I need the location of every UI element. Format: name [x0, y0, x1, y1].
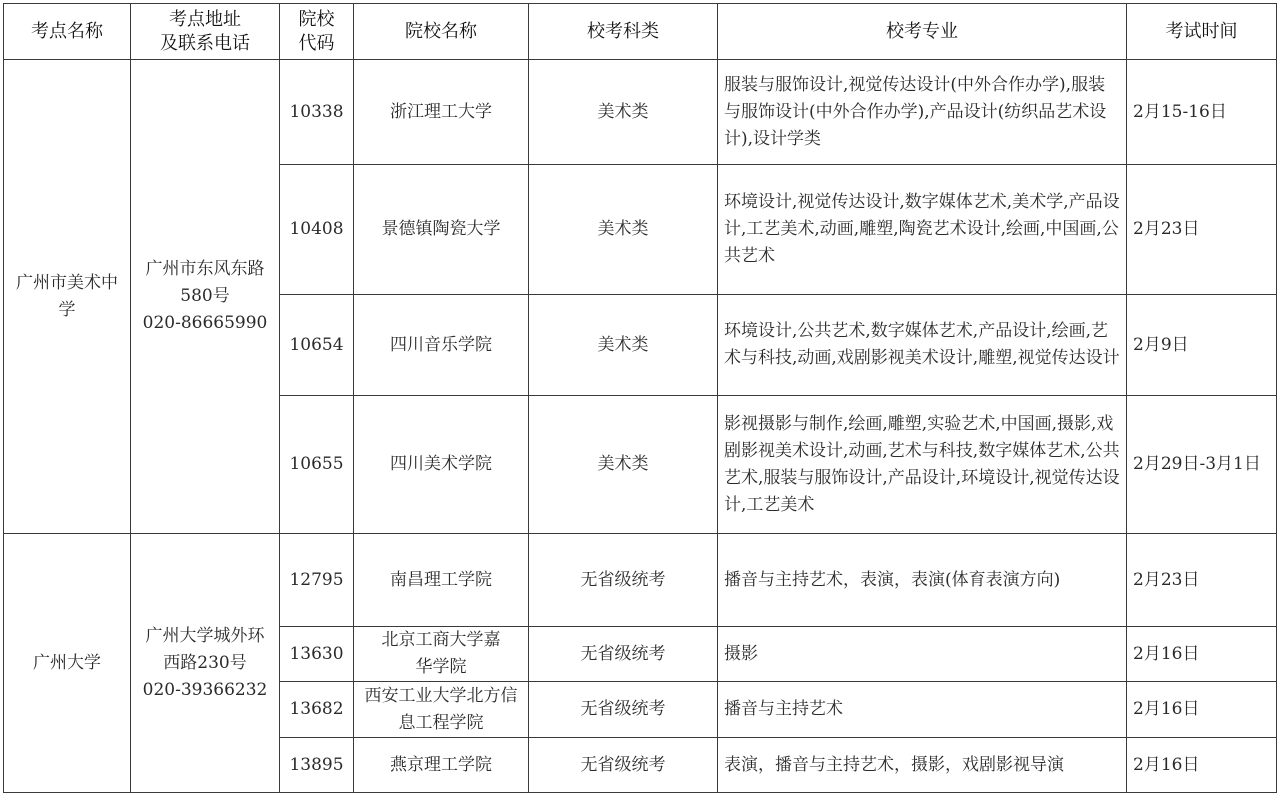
school-name: 南昌理工学院: [354, 534, 529, 627]
venue-address: 广州市东风东路580号: [141, 256, 269, 310]
school-code: 12795: [280, 534, 354, 627]
header-exam-category: 校考科类: [529, 4, 718, 60]
school-code: 13682: [280, 682, 354, 738]
exam-majors: 播音与主持艺术，表演，表演(体育表演方向): [718, 534, 1127, 627]
header-row: 考点名称 考点地址 及联系电话 院校 代码 院校名称 校考科类 校考专业 考试时…: [4, 4, 1277, 60]
exam-category: 美术类: [529, 396, 718, 534]
exam-majors: 环境设计,公共艺术,数字媒体艺术,产品设计,绘画,艺术与科技,动画,戏剧影视美术…: [718, 295, 1127, 396]
venue-name-cell: 广州市美术中学: [4, 60, 131, 534]
exam-majors: 影视摄影与制作,绘画,雕塑,实验艺术,中国画,摄影,戏剧影视美术设计,动画,艺术…: [718, 396, 1127, 534]
header-venue-address: 考点地址 及联系电话: [131, 4, 280, 60]
venue-address: 广州大学城外环西路230号: [141, 623, 269, 677]
exam-date: 2月23日: [1127, 534, 1277, 627]
table-row: 广州市美术中学 广州市东风东路580号 020-86665990 10338 浙…: [4, 60, 1277, 165]
exam-category: 美术类: [529, 165, 718, 295]
school-name: 景德镇陶瓷大学: [354, 165, 529, 295]
venue-name-cell: 广州大学: [4, 534, 131, 793]
school-code: 10408: [280, 165, 354, 295]
header-venue-address-line1: 考点地址: [137, 8, 273, 32]
header-school-code: 院校 代码: [280, 4, 354, 60]
header-exam-date: 考试时间: [1127, 4, 1277, 60]
table-row: 广州大学 广州大学城外环西路230号 020-39366232 12795 南昌…: [4, 534, 1277, 627]
school-name: 四川美术学院: [354, 396, 529, 534]
school-name: 北京工商大学嘉华学院: [354, 627, 529, 682]
school-name: 浙江理工大学: [354, 60, 529, 165]
exam-majors: 表演，播音与主持艺术，摄影，戏剧影视导演: [718, 738, 1127, 793]
exam-date: 2月23日: [1127, 165, 1277, 295]
exam-date: 2月29日-3月1日: [1127, 396, 1277, 534]
exam-category: 无省级统考: [529, 682, 718, 738]
school-code: 13630: [280, 627, 354, 682]
venue-address-cell: 广州大学城外环西路230号 020-39366232: [131, 534, 280, 793]
header-school-code-line1: 院校: [286, 8, 347, 32]
school-name: 四川音乐学院: [354, 295, 529, 396]
exam-majors: 服装与服饰设计,视觉传达设计(中外合作办学),服装与服饰设计(中外合作办学),产…: [718, 60, 1127, 165]
exam-date: 2月16日: [1127, 738, 1277, 793]
exam-category: 美术类: [529, 295, 718, 396]
header-school-code-line2: 代码: [286, 32, 347, 56]
header-venue-name: 考点名称: [4, 4, 131, 60]
header-school-name: 院校名称: [354, 4, 529, 60]
exam-date: 2月16日: [1127, 627, 1277, 682]
exam-schedule-table: 考点名称 考点地址 及联系电话 院校 代码 院校名称 校考科类 校考专业 考试时…: [3, 3, 1277, 793]
exam-category: 美术类: [529, 60, 718, 165]
exam-majors: 环境设计,视觉传达设计,数字媒体艺术,美术学,产品设计,工艺美术,动画,雕塑,陶…: [718, 165, 1127, 295]
venue-address-cell: 广州市东风东路580号 020-86665990: [131, 60, 280, 534]
exam-majors: 摄影: [718, 627, 1127, 682]
header-exam-majors: 校考专业: [718, 4, 1127, 60]
exam-category: 无省级统考: [529, 534, 718, 627]
school-code: 10654: [280, 295, 354, 396]
exam-date: 2月16日: [1127, 682, 1277, 738]
venue-phone: 020-86665990: [141, 310, 269, 337]
venue-phone: 020-39366232: [141, 677, 269, 704]
exam-majors: 播音与主持艺术: [718, 682, 1127, 738]
school-code: 13895: [280, 738, 354, 793]
school-code: 10338: [280, 60, 354, 165]
exam-date: 2月9日: [1127, 295, 1277, 396]
exam-category: 无省级统考: [529, 627, 718, 682]
school-name: 燕京理工学院: [354, 738, 529, 793]
header-venue-address-line2: 及联系电话: [137, 32, 273, 56]
exam-date: 2月15-16日: [1127, 60, 1277, 165]
school-code: 10655: [280, 396, 354, 534]
exam-category: 无省级统考: [529, 738, 718, 793]
school-name: 西安工业大学北方信息工程学院: [354, 682, 529, 738]
